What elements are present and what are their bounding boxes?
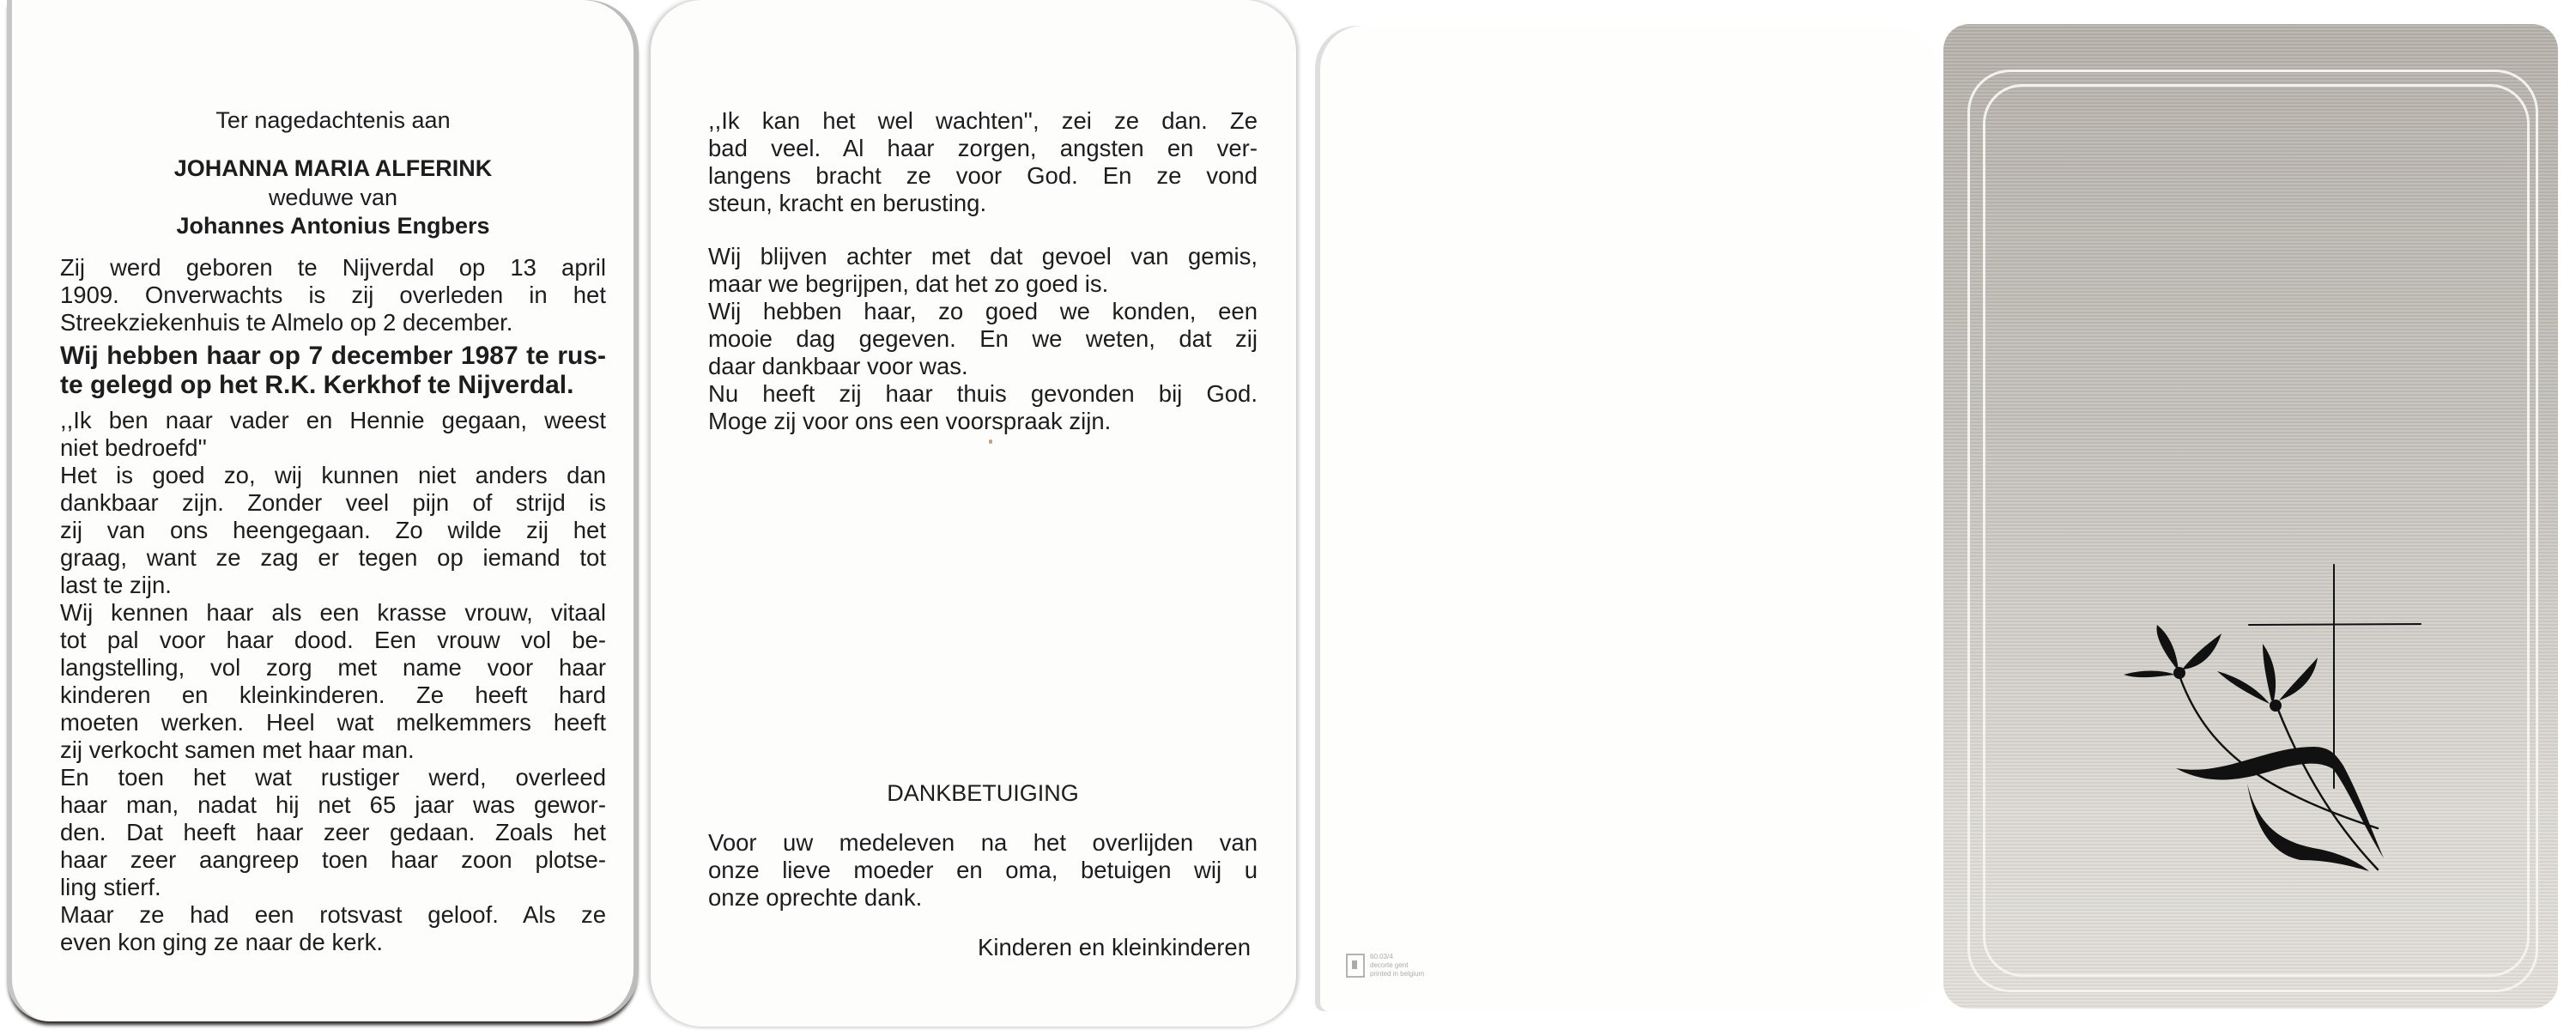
text-line: den. Dat heeft haar zeer gedaan. Zoals h… [60, 819, 606, 846]
text-line: Maar ze had een rotsvast geloof. Als ze [60, 901, 606, 929]
eulogy-paragraphs: ,,Ik ben naar vader en Hennie gegaan, we… [60, 407, 606, 956]
text-line: 1909. Onverwachts is zij overleden in he… [60, 282, 606, 309]
text-line: daar dankbaar voor was. [708, 353, 1258, 380]
memorial-intro: Ter nagedachtenis aan [60, 106, 606, 134]
text-line: Het is goed zo, wij kunnen niet anders d… [60, 462, 606, 489]
text-line: haar zeer aangreep toen haar zoon plotse… [60, 846, 606, 874]
text-line: ,,Ik kan het wel wachten'', zei ze dan. … [708, 107, 1258, 135]
text-line: tot pal voor haar dood. Een vrouw vol be… [60, 627, 606, 654]
text-line: mooie dag gegeven. En we weten, dat zij [708, 325, 1258, 353]
text-line: even kon ging ze naar de kerk. [60, 929, 606, 956]
remembrance-paragraph: Wij blijven achter met dat gevoel van ge… [708, 243, 1258, 435]
text-line: Nu heeft zij haar thuis gevonden bij God… [708, 380, 1258, 408]
deceased-name: JOHANNA MARIA ALFERINK [60, 154, 606, 182]
text-line: onze oprechte dank. [708, 884, 1258, 912]
printer-code: 60.03/4 [1370, 953, 1424, 961]
text-line: Wij hebben haar, zo goed we konden, een [708, 298, 1258, 325]
thanks-title: DANKBETUIGING [708, 779, 1258, 807]
printer-text: 60.03/4 decorte gent printed in belgium [1370, 953, 1424, 978]
printer-name: decorte gent [1370, 961, 1424, 970]
text-line: langstelling, vol zorg met name voor haa… [60, 654, 606, 682]
text-line: te gelegd op het R.K. Kerkhof te Nijverd… [60, 371, 606, 400]
text-line: langens bracht ze voor God. En ze vond [708, 162, 1258, 190]
text-line: ling stierf. [60, 874, 606, 901]
birth-death-paragraph: Zij werd geboren te Nijverdal op 13 apri… [60, 254, 606, 336]
text-line: Moge zij voor ons een voorspraak zijn. [708, 408, 1258, 435]
printer-mark: 60.03/4 decorte gent printed in belgium [1346, 953, 1424, 978]
text-line: zij van ons heengegaan. Zo wilde zij het [60, 517, 606, 544]
text-line: haar man, nadat hij net 65 jaar was gewo… [60, 791, 606, 819]
paper-speck [989, 439, 992, 444]
quote-paragraph: ,,Ik kan het wel wachten'', zei ze dan. … [708, 107, 1258, 217]
text-line: Wij hebben haar op 7 december 1987 te ru… [60, 342, 606, 371]
text-line: moeten werken. Heel wat melkemmers heeft [60, 709, 606, 736]
text-line: Voor uw medeleven na het overlijden van [708, 829, 1258, 857]
text-line: steun, kracht en berusting. [708, 190, 1258, 217]
card-panel-back: 60.03/4 decorte gent printed in belgium [1320, 26, 1937, 1011]
text-line: ,,Ik ben naar vader en Hennie gegaan, we… [60, 407, 606, 434]
text-line: Zij werd geboren te Nijverdal op 13 apri… [60, 254, 606, 282]
card-panel-front-cover [1943, 24, 2558, 1009]
thanks-paragraph: Voor uw medeleven na het overlijden vano… [708, 829, 1258, 912]
text-line: Wij kennen haar als een krasse vrouw, vi… [60, 599, 606, 627]
signature: Kinderen en kleinkinderen [708, 934, 1251, 961]
text-line: maar we begrijpen, dat het zo goed is. [708, 270, 1258, 298]
text-line: last te zijn. [60, 572, 606, 599]
text-line: Wij blijven achter met dat gevoel van ge… [708, 243, 1258, 270]
text-line: En toen het wat rustiger werd, overleed [60, 764, 606, 791]
text-line: bad veel. Al haar zorgen, angsten en ver… [708, 135, 1258, 162]
text-line: onze lieve moeder en oma, betuigen wij u [708, 857, 1258, 884]
printer-origin: printed in belgium [1370, 970, 1424, 978]
text-line: zij verkocht samen met haar man. [60, 736, 606, 764]
spouse-name: Johannes Antonius Engbers [60, 212, 606, 239]
text-line: Streekziekenhuis te Almelo op 2 december… [60, 309, 606, 336]
flowers-and-cross-icon [2094, 541, 2438, 884]
text-line: dankbaar zijn. Zonder veel pijn of strij… [60, 489, 606, 517]
burial-paragraph: Wij hebben haar op 7 december 1987 te ru… [60, 342, 606, 400]
text-line: graag, want ze zag er tegen op iemand to… [60, 544, 606, 572]
widow-of-label: weduwe van [60, 184, 606, 211]
text-line: niet bedroefd'' [60, 434, 606, 462]
printer-logo-icon [1346, 954, 1365, 978]
text-line: kinderen en kleinkinderen. Ze heeft hard [60, 682, 606, 709]
